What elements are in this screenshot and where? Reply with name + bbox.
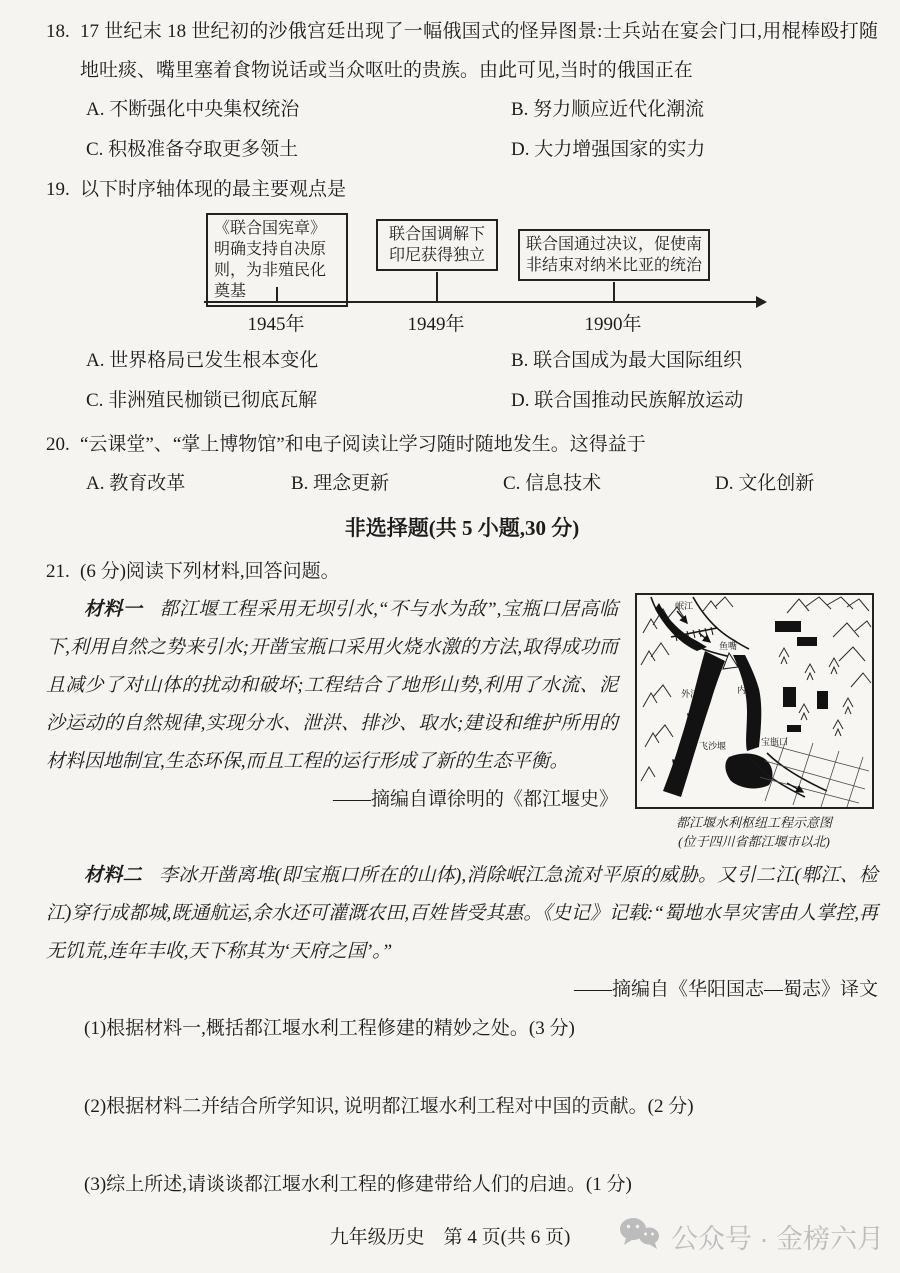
question-20-number: 20. (46, 425, 80, 464)
timeline-tick-1949 (436, 272, 438, 301)
option-18-a: A. 不断强化中央集权统治 (86, 90, 511, 130)
dujiangyan-map-image: 岷江 鱼嘴 外江 内江 飞沙堰 宝瓶口 (635, 593, 874, 809)
question-19-number: 19. (46, 170, 80, 209)
map-label-waijiang: 外江 (681, 688, 699, 700)
timeline-year-1945: 1945年 (236, 309, 316, 336)
question-19: 19. 以下时序轴体现的最主要观点是 《联合国宪章》明确支持自决原则，为非殖民化… (46, 170, 878, 421)
option-18-b: B. 努力顺应近代化潮流 (511, 90, 878, 130)
exam-page: 18. 17 世纪末 18 世纪初的沙俄宫廷出现了一幅俄国式的怪异图景:士兵站在… (0, 0, 900, 1273)
watermark-text: 公众号 · 金榜六月 (671, 1217, 884, 1256)
watermark: 公众号 · 金榜六月 (618, 1216, 884, 1257)
question-20: 20. “云课堂”、“掌上博物馆”和电子阅读让学习随时随地发生。这得益于 A. … (46, 425, 878, 504)
wechat-icon (618, 1216, 662, 1257)
option-20-c: C. 信息技术 (503, 464, 715, 504)
map-label-minjiang: 岷江 (675, 600, 693, 612)
sub-question-3: (3)综上所述,请谈谈都江堰水利工程的修建带给人们的启迪。(1 分) (46, 1165, 878, 1204)
option-20-b: B. 理念更新 (291, 464, 503, 504)
figure-caption-location: (位于四川省都江堰市以北) (630, 832, 878, 851)
map-label-baopingkou: 宝瓶口 (761, 736, 788, 748)
timeline-year-1990: 1990年 (573, 309, 653, 336)
sub-question-1: (1)根据材料一,概括都江堰水利工程修建的精妙之处。(3 分) (46, 1009, 878, 1048)
question-19-options: A. 世界格局已发生根本变化 B. 联合国成为最大国际组织 C. 非洲殖民枷锁已… (46, 341, 878, 421)
option-20-a: A. 教育改革 (86, 464, 291, 504)
q19-timeline-diagram: 《联合国宪章》明确支持自决原则，为非殖民化奠基 联合国调解下印尼获得独立 联合国… (46, 211, 878, 337)
timeline-event-1990-box: 联合国通过决议，促使南非结束对纳米比亚的统治 (518, 229, 710, 281)
timeline-tick-1990 (613, 282, 615, 301)
timeline-arrowhead-icon (756, 296, 767, 308)
map-label-yuzui: 鱼嘴 (719, 640, 737, 652)
dujiangyan-figure: 岷江 鱼嘴 外江 内江 飞沙堰 宝瓶口 都江堰水利枢纽工程示意图 (位于四川省都… (630, 593, 878, 851)
material-2-label: 材料二 (84, 865, 142, 886)
material-1-text: 都江堰工程采用无坝引水,“不与水为敌”,宝瓶口居高临下,利用自然之势来引水;开凿… (46, 599, 618, 772)
question-18: 18. 17 世纪末 18 世纪初的沙俄宫廷出现了一幅俄国式的怪异图景:士兵站在… (46, 12, 878, 170)
sub-question-2: (2)根据材料二并结合所学知识, 说明都江堰水利工程对中国的贡献。(2 分) (46, 1087, 878, 1126)
question-18-options: A. 不断强化中央集权统治 B. 努力顺应近代化潮流 C. 积极准备夺取更多领土… (46, 90, 878, 170)
question-20-stem: “云课堂”、“掌上博物馆”和电子阅读让学习随时随地发生。这得益于 (80, 425, 878, 464)
timeline-year-1949: 1949年 (396, 309, 476, 336)
question-21-number: 21. (46, 552, 80, 591)
question-18-number: 18. (46, 12, 80, 90)
option-20-d: D. 文化创新 (715, 464, 878, 504)
material-2-text: 李冰开凿离堆(即宝瓶口所在的山体),消除岷江急流对平原的威胁。又引二江(郫江、检… (46, 865, 878, 962)
option-18-d: D. 大力增强国家的实力 (511, 130, 878, 170)
question-19-stem: 以下时序轴体现的最主要观点是 (80, 170, 878, 209)
question-20-options: A. 教育改革 B. 理念更新 C. 信息技术 D. 文化创新 (46, 464, 878, 504)
map-label-neijiang: 内江 (737, 684, 755, 696)
question-21: 21. (6 分)阅读下列材料,回答问题。 (46, 552, 878, 1204)
map-label-feishayan: 飞沙堰 (699, 740, 726, 752)
question-18-stem: 17 世纪末 18 世纪初的沙俄宫廷出现了一幅俄国式的怪异图景:士兵站在宴会门口… (80, 12, 878, 90)
timeline-axis (204, 301, 756, 303)
option-19-a: A. 世界格局已发生根本变化 (86, 341, 511, 381)
material-1-label: 材料一 (84, 599, 142, 620)
section-header-non-choice: 非选择题(共 5 小题,30 分) (46, 506, 878, 550)
option-18-c: C. 积极准备夺取更多领土 (86, 130, 511, 170)
material-2-attribution: ——摘编自《华阳国志—蜀志》译文 (46, 971, 878, 1009)
material-2-paragraph: 材料二李冰开凿离堆(即宝瓶口所在的山体),消除岷江急流对平原的威胁。又引二江(郫… (46, 857, 878, 971)
timeline-event-1949-box: 联合国调解下印尼获得独立 (376, 219, 498, 271)
figure-caption-title: 都江堰水利枢纽工程示意图 (630, 813, 878, 832)
option-19-b: B. 联合国成为最大国际组织 (511, 341, 878, 381)
question-21-intro: (6 分)阅读下列材料,回答问题。 (80, 552, 878, 591)
option-19-d: D. 联合国推动民族解放运动 (511, 381, 878, 421)
option-19-c: C. 非洲殖民枷锁已彻底瓦解 (86, 381, 511, 421)
timeline-tick-1945 (276, 287, 278, 301)
